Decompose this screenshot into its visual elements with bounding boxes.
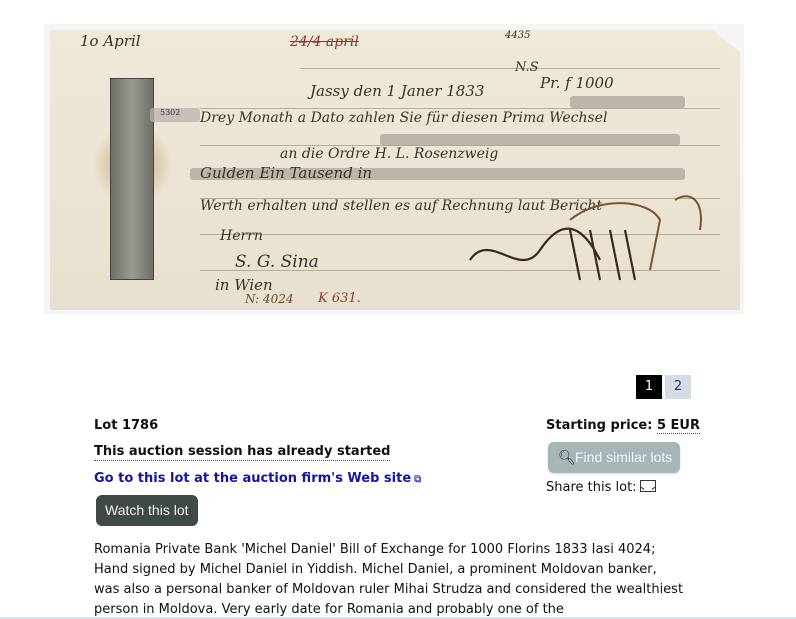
watch-lot-button[interactable]: Watch this lot xyxy=(96,495,198,526)
doc-number: N: 4024 xyxy=(245,292,293,306)
price-value[interactable]: 5 EUR xyxy=(657,418,700,434)
note-ns: N.S xyxy=(515,60,539,75)
share-lot: Share this lot: xyxy=(546,480,656,495)
starting-price: Starting price: 5 EUR xyxy=(546,418,700,433)
line-2: an die Ordre H. L. Rosenzweig xyxy=(280,146,498,162)
auction-firm-link-label: Go to this lot at the auction firm's Web… xyxy=(94,471,411,486)
page-2-button[interactable]: 2 xyxy=(665,375,691,399)
engraved-vignette xyxy=(110,78,154,280)
serial: 5302 xyxy=(160,108,180,117)
auction-firm-link[interactable]: Go to this lot at the auction firm's Web… xyxy=(94,471,421,486)
note-date: 1o April xyxy=(80,32,141,50)
place-date: Jassy den 1 Janer 1833 xyxy=(310,82,484,100)
find-similar-label: Find similar lots xyxy=(575,442,672,473)
external-link-icon: ⧉ xyxy=(414,474,421,485)
line-1: Drey Monath a Dato zahlen Sie für diesen… xyxy=(200,110,607,126)
bill-of-exchange-document: 1o April 24/4 april 4435 N.S 5302 Jassy … xyxy=(50,30,740,310)
session-status[interactable]: This auction session has already started xyxy=(94,444,390,461)
note-number: 4435 xyxy=(505,30,530,41)
lot-image[interactable]: 1o April 24/4 april 4435 N.S 5302 Jassy … xyxy=(44,24,744,314)
lot-number: Lot 1786 xyxy=(94,418,158,433)
note-april: 24/4 april xyxy=(290,34,359,50)
mail-icon[interactable] xyxy=(640,480,656,492)
doc-ref: K 631. xyxy=(318,291,361,306)
signature xyxy=(450,190,720,290)
line-3: Gulden Ein Tausend in xyxy=(200,164,372,182)
line-5: Herrn xyxy=(220,228,263,244)
line-6: S. G. Sina xyxy=(235,252,319,272)
find-similar-lots-button[interactable]: 🔍︎ Find similar lots xyxy=(548,442,680,473)
search-icon: 🔍︎ xyxy=(558,442,576,473)
share-label: Share this lot: xyxy=(546,480,637,495)
image-pagination: 1 2 xyxy=(636,375,691,399)
price-label: Starting price: xyxy=(546,418,652,433)
page-1-button[interactable]: 1 xyxy=(636,375,662,399)
amount: Pr. f 1000 xyxy=(540,74,614,92)
lot-description: Romania Private Bank 'Michel Daniel' Bil… xyxy=(94,540,684,619)
